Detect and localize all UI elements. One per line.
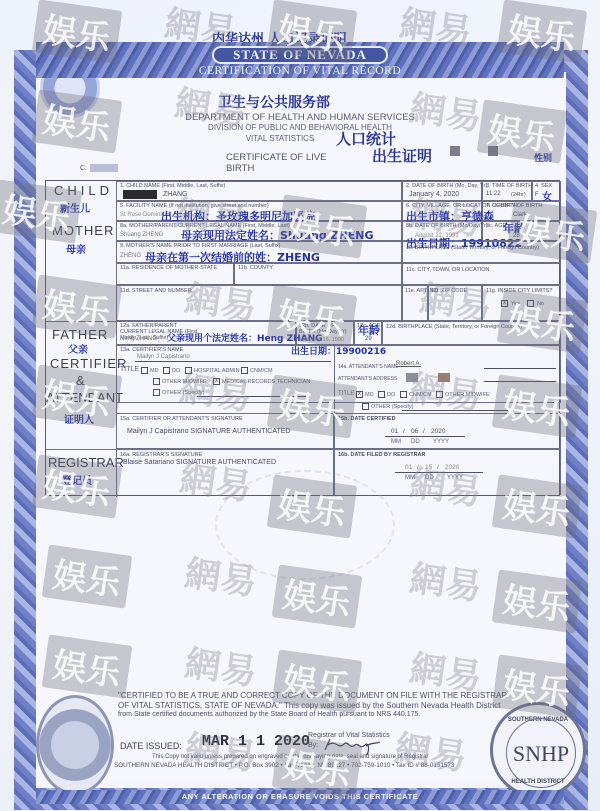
- certifier-other-checkbox[interactable]: [153, 389, 160, 396]
- snhd-logo: SOUTHERN NEVADA SNHP HEALTH DISTRICT: [490, 702, 586, 798]
- father-name-cell: 12a. FATHER/PARENT CURRENT LEGAL NAME (F…: [116, 321, 296, 345]
- date-filed-yyyy: 2020: [445, 464, 459, 471]
- date-certified-yyyy: 2020: [431, 428, 445, 435]
- cn-certificate-title: 出生证明: [372, 145, 432, 166]
- section-child-label: CHILD: [54, 183, 113, 198]
- section-registrar-label: REGISTRAR: [48, 455, 124, 470]
- inside-city-yes-checkbox[interactable]: x: [501, 300, 508, 307]
- cert-number-prefix: C.: [80, 165, 87, 172]
- divider: [46, 321, 116, 322]
- apt-cell: 11e. APT. NO.: [402, 285, 428, 321]
- section-child-cn: 新生儿: [60, 200, 90, 215]
- facility-cell: 5. FACILITY NAME (If not institution, gi…: [116, 201, 402, 221]
- address-redacted: [406, 373, 418, 382]
- father-dob-cell: 12b. DATE OF BIRTH (Mo/Day/Yr) February …: [296, 321, 354, 345]
- date-filed-mm: 01: [405, 464, 412, 471]
- certified-line-2: OF VITAL STATISTICS, STATE OF NEVADA." T…: [118, 701, 501, 710]
- section-mother-label: MOTHER: [52, 223, 114, 238]
- county-value: Clark: [513, 212, 527, 218]
- father-birthplace-cell: 12d. BIRTHPLACE (State, Territory, or Fo…: [382, 321, 561, 345]
- mother-age-value: 28: [513, 233, 520, 239]
- certification-banner: CERTIFICATION OF VITAL RECORD: [170, 64, 430, 78]
- cert-number-redacted: [90, 164, 118, 172]
- redacted-first-name: [123, 190, 157, 199]
- attendant-midwife-checkbox[interactable]: [436, 391, 443, 398]
- city-birth-cell: 6. CITY, VILLAGE, OR LOCATION OF BIRTH 出…: [402, 201, 482, 221]
- certifier-midwife-checkbox[interactable]: [153, 378, 160, 385]
- date-filed-dd: 15: [425, 464, 432, 471]
- alteration-warning: ANY ALTERATION OR ERASURE VOIDS THIS CER…: [36, 790, 564, 804]
- certifier-medrec-checkbox[interactable]: x: [213, 378, 220, 385]
- certifier-cell: 13a. CERTIFIER'S NAME Mailyn J Capistran…: [116, 345, 334, 403]
- section-registrar-cn: 登记员: [62, 472, 92, 487]
- redaction-mark: [488, 146, 498, 156]
- date-issued-label: DATE ISSUED:: [120, 741, 182, 751]
- certificate-title: CERTIFICATE OF LIVE BIRTH: [226, 152, 356, 174]
- registrar-signature-icon: [322, 736, 382, 756]
- residence-county-cell: 11b. COUNTY: [234, 263, 402, 285]
- mother-name-cell: 8a. MOTHER/PARENT CURRENT LEGAL NAME (Fi…: [116, 221, 402, 241]
- certifier-signature-cell: 15a. CERTIFIER OR ATTENDANT'S SIGNATURE …: [116, 413, 334, 449]
- child-name-cell: 1. CHILD NAME (First, Middle, Last, Suff…: [116, 181, 402, 201]
- sex-cn-label: 性别: [534, 151, 552, 164]
- father-age-value: 29: [365, 336, 372, 342]
- attendant-cnm-checkbox[interactable]: [400, 391, 407, 398]
- certifier-md-checkbox[interactable]: [141, 367, 148, 374]
- faint-seal-icon: [215, 470, 395, 580]
- time-value: 11:22: [486, 191, 501, 197]
- attendant-other-checkbox[interactable]: [362, 403, 369, 410]
- validity-note: This Copy not valid unless prepared on e…: [152, 754, 429, 760]
- certifier-do-checkbox[interactable]: [163, 367, 170, 374]
- birth-certificate-photo: 内华达州 人口记录证明 STATE OF NEVADA CERTIFICATIO…: [0, 0, 600, 811]
- section-attendant-label: ATTENDANT: [46, 390, 123, 405]
- child-name-value: ZHANG: [163, 191, 188, 198]
- attendant-cell: 14a. ATTENDANT'S NAME Robert A. ATTENDAN…: [334, 345, 561, 403]
- by-label: By:: [308, 742, 318, 749]
- department: DEPARTMENT OF HEALTH AND HUMAN SERVICES: [150, 112, 450, 123]
- dob-cell: 2. DATE OF BIRTH (Mo, Day, Yr) January 4…: [402, 181, 482, 201]
- certified-line-1: "CERTIFIED TO BE A TRUE AND CORRECT COPY…: [118, 691, 507, 700]
- time-cell: 3. TIME OF BIRTH 11:22 (24hr): [482, 181, 532, 201]
- vital-statistics: VITAL STATISTICS: [230, 134, 330, 143]
- inside-city-no-checkbox[interactable]: [527, 300, 534, 307]
- address-redacted: [438, 373, 450, 382]
- attendant-name-value: Robert A.: [396, 361, 421, 367]
- section-certifier-amp: &: [76, 373, 86, 388]
- certifier-signature-value: Mailyn J Capistrano SIGNATURE AUTHENTICA…: [127, 428, 291, 435]
- mother-maiden-cell: 9. MOTHER'S NAME PRIOR TO FIRST MARRIAGE…: [116, 241, 402, 263]
- section-father-cn: 父亲: [68, 341, 88, 356]
- division: DIVISION OF PUBLIC AND BEHAVIORAL HEALTH: [150, 123, 450, 132]
- date-certified-mm: 01: [391, 428, 398, 435]
- zip-cell: 11f. ZIP CODE: [428, 285, 482, 321]
- sex-cell: 4. SEX F 女: [532, 181, 561, 201]
- section-father-label: FATHER: [52, 327, 108, 342]
- certified-line-3: from State certified documents authorize…: [118, 711, 420, 718]
- section-certifier-cn: 证明人: [64, 411, 94, 426]
- attendant-do-checkbox[interactable]: [378, 391, 385, 398]
- residence-state-cell: 11a. RESIDENCE OF MOTHER-STATE: [116, 263, 234, 285]
- certifier-name-value: Mailyn J Capistrano: [137, 354, 190, 360]
- residence-city-cell: 11c. CITY, TOWN, OR LOCATION: [402, 263, 561, 285]
- date-certified-cell: 15b. DATE CERTIFIED 01 / 06 / 2020 MM DD…: [334, 413, 561, 449]
- mother-birthplace-cell: 10. BIRTHPLACE (State, Territory, or For…: [402, 241, 561, 263]
- district-address: SOUTHERN NEVADA HEALTH DISTRICT • P.O. B…: [114, 762, 454, 769]
- attendant-md-checkbox[interactable]: x: [356, 391, 363, 398]
- registrar-signature-value: Blaise Satariano SIGNATURE AUTHENTICATED: [123, 459, 276, 466]
- mother-age-cell: 8c. AGE 年龄 28: [482, 221, 561, 241]
- dob-value: January 4, 2020: [409, 191, 459, 198]
- cn-department: 卫生与公共服务部: [218, 92, 330, 112]
- date-certified-dd: 06: [411, 428, 418, 435]
- date-issued-stamp: MAR 1 1 2020: [202, 733, 310, 750]
- certifier-admin-checkbox[interactable]: [185, 367, 192, 374]
- state-banner: STATE OF NEVADA: [212, 46, 388, 64]
- street-cell: 11d. STREET AND NUMBER: [116, 285, 402, 321]
- state-seal-icon: [36, 695, 114, 795]
- redaction-mark: [450, 146, 460, 156]
- section-mother-cn: 母亲: [66, 241, 86, 256]
- birth-record-form: CHILD 新生儿 MOTHER 母亲 FATHER 父亲 CERTIFIER …: [45, 180, 560, 496]
- inside-city-cell: 11g. INSIDE CITY LIMITS? x Yes No: [482, 285, 561, 321]
- father-age-cell: 12c. AGE 年龄 29: [354, 321, 382, 345]
- county-birth-cell: 7. COUNTY OF BIRTH Clark: [482, 201, 561, 221]
- certifier-cnm-checkbox[interactable]: [241, 367, 248, 374]
